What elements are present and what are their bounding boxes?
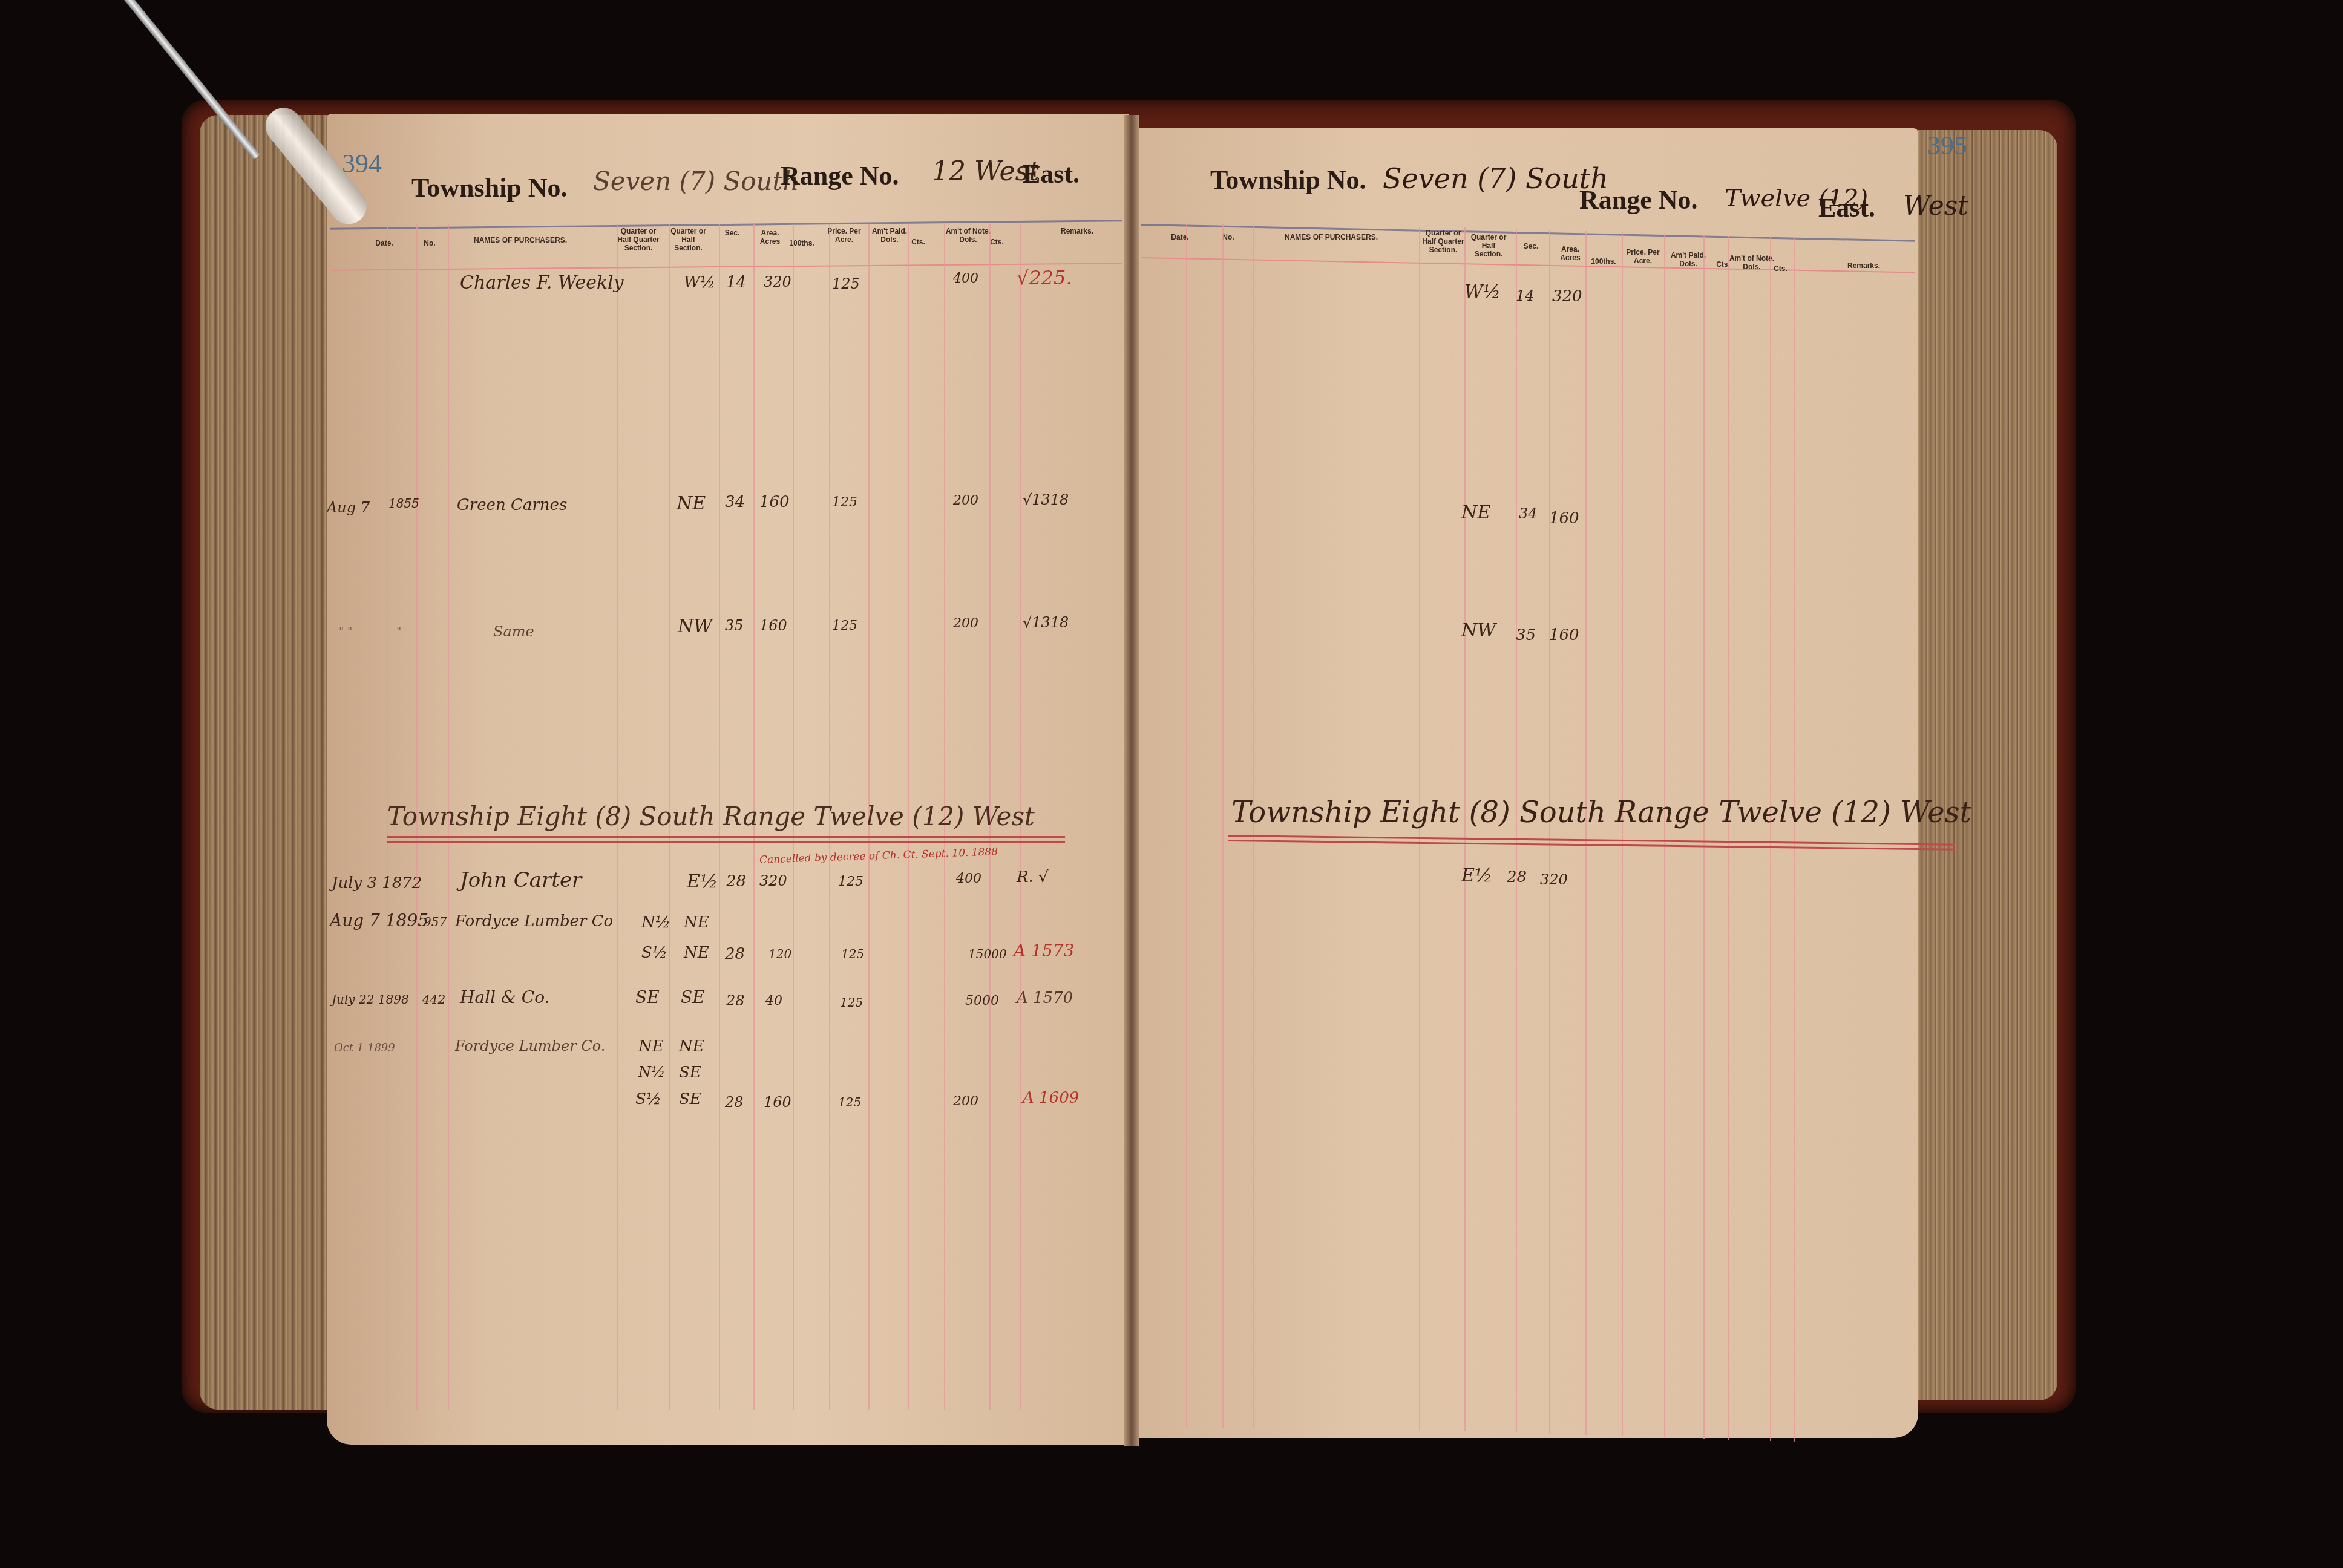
rule (1516, 229, 1517, 1432)
remarks: A 1573 (1014, 941, 1074, 961)
right-col-acres: Area. Acres (1552, 245, 1588, 262)
rule (1622, 232, 1623, 1436)
half-section: E½ (687, 871, 718, 892)
right-col-100ths: 100ths. (1588, 257, 1619, 266)
section: 28 (725, 1094, 744, 1111)
right-col-names: NAMES OF PURCHASERS. (1265, 233, 1398, 241)
section: 28 (726, 872, 746, 890)
left-col-paid-cts: Cts. (908, 238, 929, 246)
purchaser: Fordyce Lumber Co (455, 912, 613, 930)
book-gutter (1124, 115, 1139, 1446)
section: 34 (725, 493, 745, 511)
half-section: NW (1461, 620, 1496, 641)
qhq-line-2: S½ (641, 944, 667, 962)
left-col-remarks: Remarks. (1053, 227, 1101, 235)
note-amount: 200 (953, 616, 978, 631)
purchaser: Charles F. Weekly (460, 272, 624, 293)
right-col-half: Quarter or Half Section. (1467, 233, 1510, 258)
left-township-value: Seven (7) South (593, 166, 799, 196)
right-page-number: 395 (1927, 130, 1967, 161)
half-section: SE (681, 987, 705, 1007)
acres: 40 (765, 993, 782, 1008)
note-amount: 400 (956, 871, 981, 886)
left-col-acres: Area. Acres (753, 229, 787, 246)
left-range-label: Range No. (781, 160, 899, 191)
section: 14 (726, 273, 746, 292)
price: 125 (841, 947, 864, 961)
left-col-qhq: Quarter or Half Quarter Section. (617, 227, 660, 252)
acres: 320 (1540, 871, 1568, 888)
purchaser: John Carter (460, 868, 582, 892)
right-range-label: Range No. (1579, 185, 1698, 215)
date: Oct 1 1899 (334, 1042, 395, 1054)
right-col-no: No. (1216, 233, 1240, 241)
half-line-2: SE (679, 1063, 701, 1082)
remarks: A 1609 (1023, 1089, 1079, 1107)
right-township-value: Seven (7) South (1383, 162, 1608, 195)
date: " " (339, 626, 352, 639)
section: 28 (726, 992, 745, 1009)
acres: 120 (768, 947, 791, 961)
half-line-3: SE (679, 1090, 701, 1108)
page-edges-left (200, 115, 345, 1410)
entry-no: 957 (424, 915, 447, 929)
rule (1585, 231, 1587, 1435)
rule (1728, 236, 1729, 1440)
rule (1664, 234, 1665, 1437)
right-page (1138, 128, 1918, 1438)
section-double-rule (387, 841, 1065, 843)
left-col-note: Am't of Note. Dols. (944, 227, 992, 244)
right-col-remarks: Remarks. (1840, 261, 1888, 270)
remarks: √1318 (1023, 491, 1069, 508)
qhq-line-1: NE (638, 1037, 664, 1056)
left-col-paid: Am't Paid. Dols. (868, 227, 911, 244)
acres: 160 (1549, 509, 1579, 528)
purchaser: Fordyce Lumber Co. (455, 1037, 605, 1054)
purchaser: Same (493, 623, 534, 640)
left-township-label: Township No. (411, 172, 568, 203)
section: 34 (1519, 505, 1538, 522)
left-col-date: Date. (366, 239, 402, 247)
left-section-heading: Township Eight (8) South Range Twelve (1… (387, 802, 1035, 831)
acres: 160 (1549, 626, 1579, 644)
acres: 160 (759, 617, 787, 634)
left-col-names: NAMES OF PURCHASERS. (460, 236, 581, 244)
price: 125 (838, 1095, 861, 1109)
left-col-no: No. (418, 239, 442, 247)
date: July 22 1898 (332, 992, 409, 1007)
half-section: E½ (1461, 865, 1492, 886)
note-amount: 200 (953, 493, 978, 508)
right-col-qhq: Quarter or Half Quarter Section. (1419, 229, 1467, 254)
half-line-2: NE (684, 944, 709, 962)
left-col-half: Quarter or Half Section. (669, 227, 708, 252)
half-section: NE (677, 493, 706, 514)
rule (1770, 237, 1771, 1441)
date: Aug 7 1895 (330, 910, 428, 930)
acres: 160 (759, 493, 790, 511)
rule (1549, 230, 1550, 1434)
remarks: R. √ (1017, 868, 1049, 886)
half-section: W½ (1464, 281, 1501, 302)
qhq: SE (635, 987, 660, 1007)
section: 35 (725, 617, 744, 634)
section: 28 (1507, 868, 1527, 886)
right-direction-label: East. (1818, 192, 1875, 223)
rule (1794, 238, 1795, 1442)
page-edges-right (1918, 130, 2057, 1400)
qhq-line-1: N½ (641, 913, 670, 932)
note-amount: 15000 (968, 947, 1007, 961)
entry-no: 1855 (388, 496, 419, 511)
acres: 160 (764, 1094, 791, 1111)
qhq-line-2: N½ (638, 1063, 665, 1080)
rule (1222, 224, 1224, 1428)
left-page (327, 114, 1129, 1445)
date: Aug 7 (327, 499, 370, 516)
left-page-number: 394 (342, 148, 382, 179)
right-col-note-cts: Cts. (1770, 264, 1791, 273)
entry-no: 442 (422, 992, 445, 1007)
remarks: A 1570 (1017, 989, 1073, 1007)
right-col-note: Am't of Note. Dols. (1728, 254, 1776, 271)
half-section: NW (678, 616, 712, 637)
half-line-1: NE (684, 913, 709, 932)
remarks: √1318 (1023, 614, 1069, 631)
half-section: W½ (684, 273, 715, 292)
price: 125 (832, 618, 857, 633)
acres: 320 (764, 273, 791, 290)
left-col-price: Price. Per Acre. (826, 227, 862, 244)
price: 125 (840, 995, 863, 1010)
left-col-sec: Sec. (720, 229, 744, 237)
price: 125 (832, 275, 860, 292)
right-col-sec: Sec. (1519, 242, 1543, 250)
rule (1703, 235, 1705, 1439)
right-direction-value: West (1903, 191, 1968, 221)
note-amount: 400 (953, 271, 978, 286)
half-line-1: NE (679, 1037, 704, 1056)
note-amount: 5000 (965, 993, 999, 1008)
rule (1186, 224, 1187, 1428)
entry-no: " (396, 626, 401, 639)
date: July 3 1872 (332, 874, 422, 892)
half-section: NE (1461, 502, 1490, 523)
purchaser: Green Carnes (457, 496, 567, 514)
section: 28 (725, 945, 745, 963)
acres: 320 (759, 872, 787, 889)
right-col-price: Price. Per Acre. (1625, 248, 1661, 265)
purchaser: Hall & Co. (460, 987, 549, 1007)
price: 125 (832, 495, 857, 510)
right-col-date: Date. (1165, 233, 1195, 241)
price: 125 (838, 874, 863, 889)
note-amount: 200 (953, 1094, 978, 1109)
qhq-line-3: S½ (635, 1090, 661, 1108)
section: 35 (1516, 626, 1536, 644)
remarks: √225. (1017, 266, 1072, 289)
left-direction-label: East. (1023, 158, 1080, 189)
left-col-100ths: 100ths. (787, 239, 817, 247)
section-double-rule (387, 836, 1065, 838)
acres: 320 (1552, 287, 1582, 305)
section: 14 (1516, 287, 1535, 304)
right-section-heading: Township Eight (8) South Range Twelve (1… (1231, 795, 1971, 829)
right-township-label: Township No. (1210, 165, 1366, 195)
